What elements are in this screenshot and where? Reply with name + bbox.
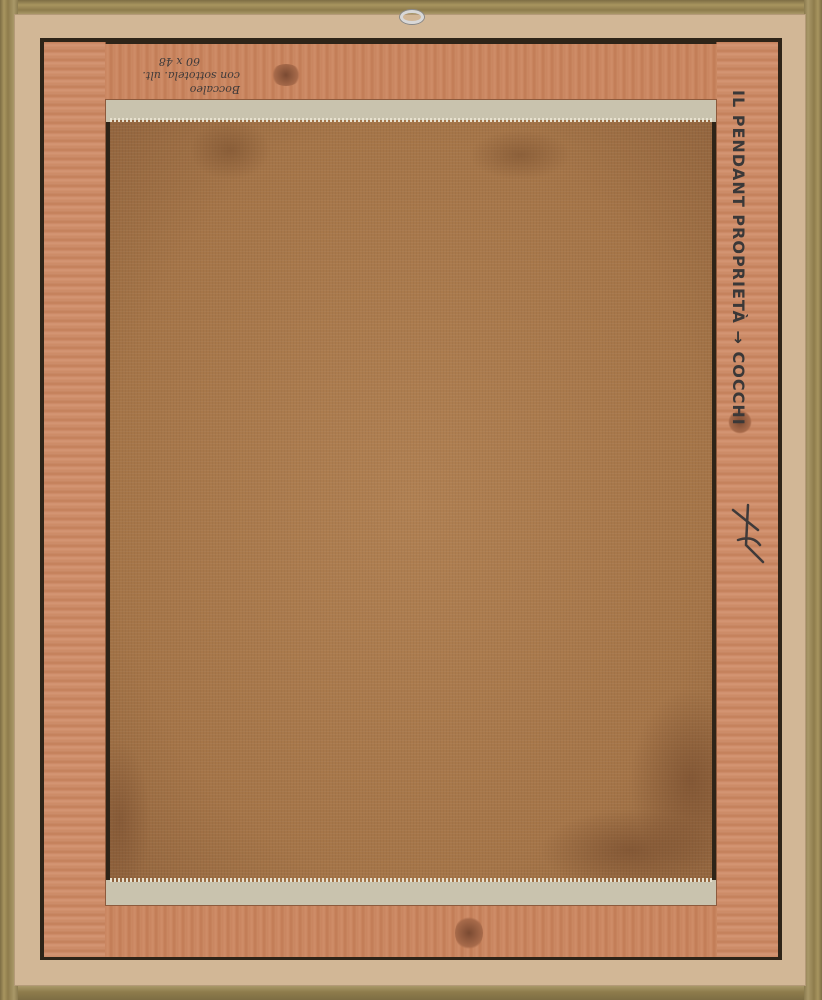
inscription-line: 60 x 48 (120, 54, 240, 68)
right-bar-inscription: IL PENDANT PROPRIETÀ → COCCHI (729, 90, 748, 426)
top-bar-inscription: Boccaleo con sottotela. ult. 60 x 48 (120, 46, 240, 96)
hanging-ring (400, 10, 424, 24)
inscription-line: Boccaleo (120, 82, 240, 96)
canvas-fringe-top (110, 118, 712, 122)
canvas-reverse (110, 120, 712, 882)
canvas-edge-bottom (106, 880, 716, 905)
canvas-fringe-bottom (110, 878, 712, 882)
wood-knot (455, 915, 483, 951)
signature-mark (728, 500, 768, 570)
inscription-line: con sottotela. ult. (120, 68, 240, 82)
stretcher-bar-bottom (105, 905, 717, 957)
wood-knot (270, 64, 302, 86)
stretcher-bar-left (44, 42, 106, 957)
